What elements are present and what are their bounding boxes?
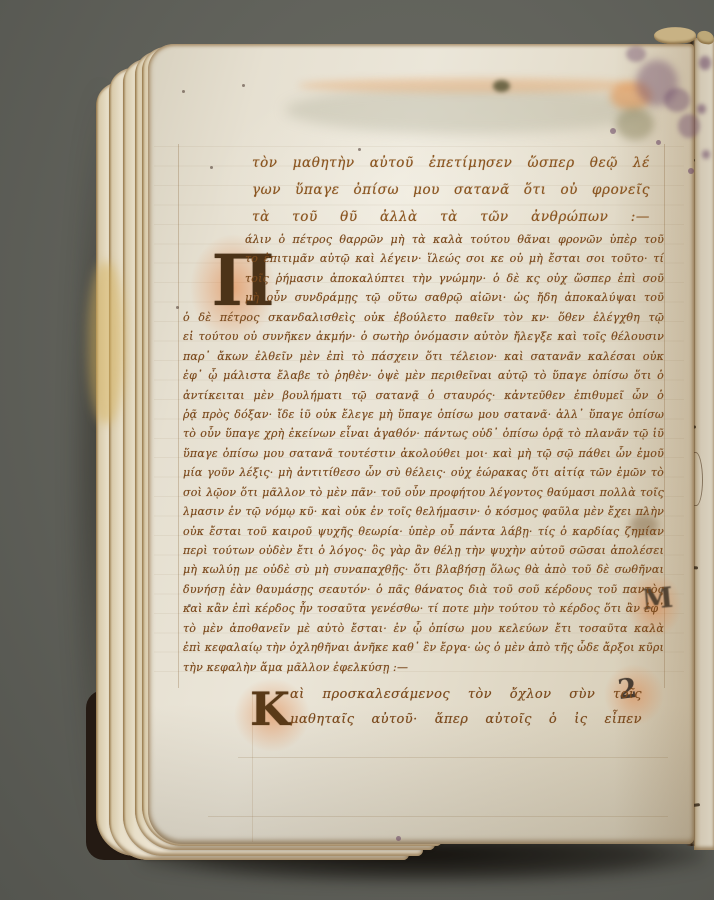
purple-dot-1 xyxy=(610,128,616,134)
text-line: λμασιν ἐν τῷ νόμῳ κῦ· καὶ οὐκ ἐν τοῖς θε… xyxy=(183,502,664,521)
text-line: άλιν ὁ πέτρος θαρρῶν μὴ τὰ καλὰ τούτου θ… xyxy=(183,230,664,249)
purple-stain-strip-1 xyxy=(699,56,711,70)
text-line: ῥᾷ πρὸς δόξαν· ἴδε ἰῦ οὐκ ἔλεγε μὴ ὕπαγε… xyxy=(183,405,664,424)
text-line: δυνήσῃ ἐὰν θαυμάσῃς σεαυτόν· ὁ πᾶς θάνατ… xyxy=(183,580,664,599)
body-text-block: άλιν ὁ πέτρος θαρρῶν μὴ τὰ καλὰ τούτου θ… xyxy=(183,230,664,677)
text-line: οὐκ ἔσται τοῦ καιροῦ ψυχῆς θεωρία· ὑπὲρ … xyxy=(183,522,664,541)
speck-4 xyxy=(176,306,179,309)
text-line: παρ᾽ ἄκων ἐλθεῖν μὲν ἐπὶ τὸ πάσχειν ὅτι … xyxy=(183,347,664,366)
gutter-fold-strip xyxy=(694,38,714,850)
text-line: μαθηταῖς αὐτοῦ· ἅπερ αὐτοῖς ὁ ἰς εἶπεν xyxy=(290,707,642,732)
left-margin-rule xyxy=(178,144,179,688)
text-line: μὴ κωλύῃ με οὐδὲ σὺ μὴ συναπαχθῇς· ὅτι β… xyxy=(183,560,664,579)
text-line: αὶ προσκαλεσάμενος τὸν ὄχλον σὺν τοῖς xyxy=(290,682,642,707)
text-line: καὶ κἂν ἐπὶ κέρδος ἦν τοσαῦτα γενέσθω· τ… xyxy=(183,599,664,618)
orange-fringe xyxy=(298,78,648,93)
purple-dot-2 xyxy=(656,140,661,145)
photo-of-manuscript: Π Μ 2 τὸν μαθητὴν αὐτοῦ ἐπετίμησεν ὥσπερ… xyxy=(0,0,714,900)
olive-speck xyxy=(493,80,510,92)
text-line: τὸ μὲν ἀποθανεῖν μὲ αὐτὸ ἔσται· ἐν ᾧ ὀπί… xyxy=(183,619,664,638)
heading-line: τὰ τοῦ θῦ ἀλλὰ τὰ τῶν ἀνθρώπων :— xyxy=(252,204,650,231)
speck-2 xyxy=(242,84,245,87)
speck-3 xyxy=(210,166,213,169)
text-line: μὴ οὖν συνδράμῃς τῷ οὕτω σαθρῷ αἰῶνι· ὡς… xyxy=(183,288,664,307)
lower-horizontal-rule-2 xyxy=(208,816,668,817)
text-line: τοῖς ῥήμασιν ἀποκαλύπτει τὴν γνώμην· ὁ δ… xyxy=(183,269,664,288)
kephalaion-heading: τὸν μαθητὴν αὐτοῦ ἐπετίμησεν ὥσπερ θεῷ λ… xyxy=(252,150,650,231)
heading-line: γων ὕπαγε ὀπίσω μου σατανᾶ ὅτι οὐ φρονεῖ… xyxy=(252,177,650,204)
text-line: ἐπὶ κεφαλαίῳ τὴν ὀχληθῆναι ἀνῆκε καθ᾽ ἓν… xyxy=(183,638,664,657)
offset-smudge-band xyxy=(285,86,650,134)
text-line: ἀντίκειται μὲν βουλήματι τῷ σατανᾷ ὁ στα… xyxy=(183,386,664,405)
text-line: εἰ τούτου οὐ συνῆκεν ἀκμήν· ὁ σωτὴρ ὀνόμ… xyxy=(183,327,664,346)
purple-stain-strip-3 xyxy=(702,150,710,159)
purple-stain-strip-2 xyxy=(697,104,706,114)
heading-line: τὸν μαθητὴν αὐτοῦ ἐπετίμησεν ὥσπερ θεῷ λ… xyxy=(252,150,650,177)
initial-k: Κ xyxy=(250,684,290,734)
text-line: τὸ οὖν ὕπαγε χρὴ ἐκείνων εἶναι ἀγαθόν· π… xyxy=(183,424,664,443)
purple-blotch-2 xyxy=(664,88,690,112)
closing-text-block: αὶ προσκαλεσάμενος τὸν ὄχλον σὺν τοῖς μα… xyxy=(290,682,642,732)
text-line: ὁ δὲ πέτρος σκανδαλισθεὶς οὐκ ἐβούλετο π… xyxy=(183,308,664,327)
text-line: τὴν κεφαλὴν ἅμα μᾶλλον ἐφελκύσῃ :— xyxy=(183,658,664,677)
speck-1 xyxy=(182,90,185,93)
manuscript-page: Π Μ 2 τὸν μαθητὴν αὐτοῦ ἐπετίμησεν ὥσπερ… xyxy=(148,44,694,844)
yellow-stain-left-edge xyxy=(88,262,124,424)
purple-blotch-4 xyxy=(678,114,700,138)
lower-horizontal-rule-1 xyxy=(238,757,668,758)
purple-dot-4 xyxy=(396,836,401,841)
text-line: μία γοῦν λέξις· μὴ ἀντιτίθεσο ὧν σὺ θέλε… xyxy=(183,463,664,482)
text-line: περὶ τούτων οὐδὲν ἔτι ὁ λόγος· ὃς γὰρ ἂν… xyxy=(183,541,664,560)
text-line: σοὶ λῷον ὅτι μᾶλλον τὸ μὲν πᾶν· τοῦ οὖν … xyxy=(183,483,664,502)
olive-blotch xyxy=(616,108,654,140)
text-line: ἐφ᾽ ᾧ μάλιστα ἔλαβε τὸ ῥηθὲν· ὀψὲ μὲν πε… xyxy=(183,366,664,385)
text-line: ὕπαγε ὀπίσω μου σατανᾶ τουτέστιν ἀκολούθ… xyxy=(183,444,664,463)
purple-dot-3 xyxy=(688,168,694,174)
purple-blotch-3 xyxy=(626,46,646,62)
text-line: το ἐπιτιμᾶν αὐτῷ καὶ λέγειν· ἵλεώς σοι κ… xyxy=(183,249,664,268)
